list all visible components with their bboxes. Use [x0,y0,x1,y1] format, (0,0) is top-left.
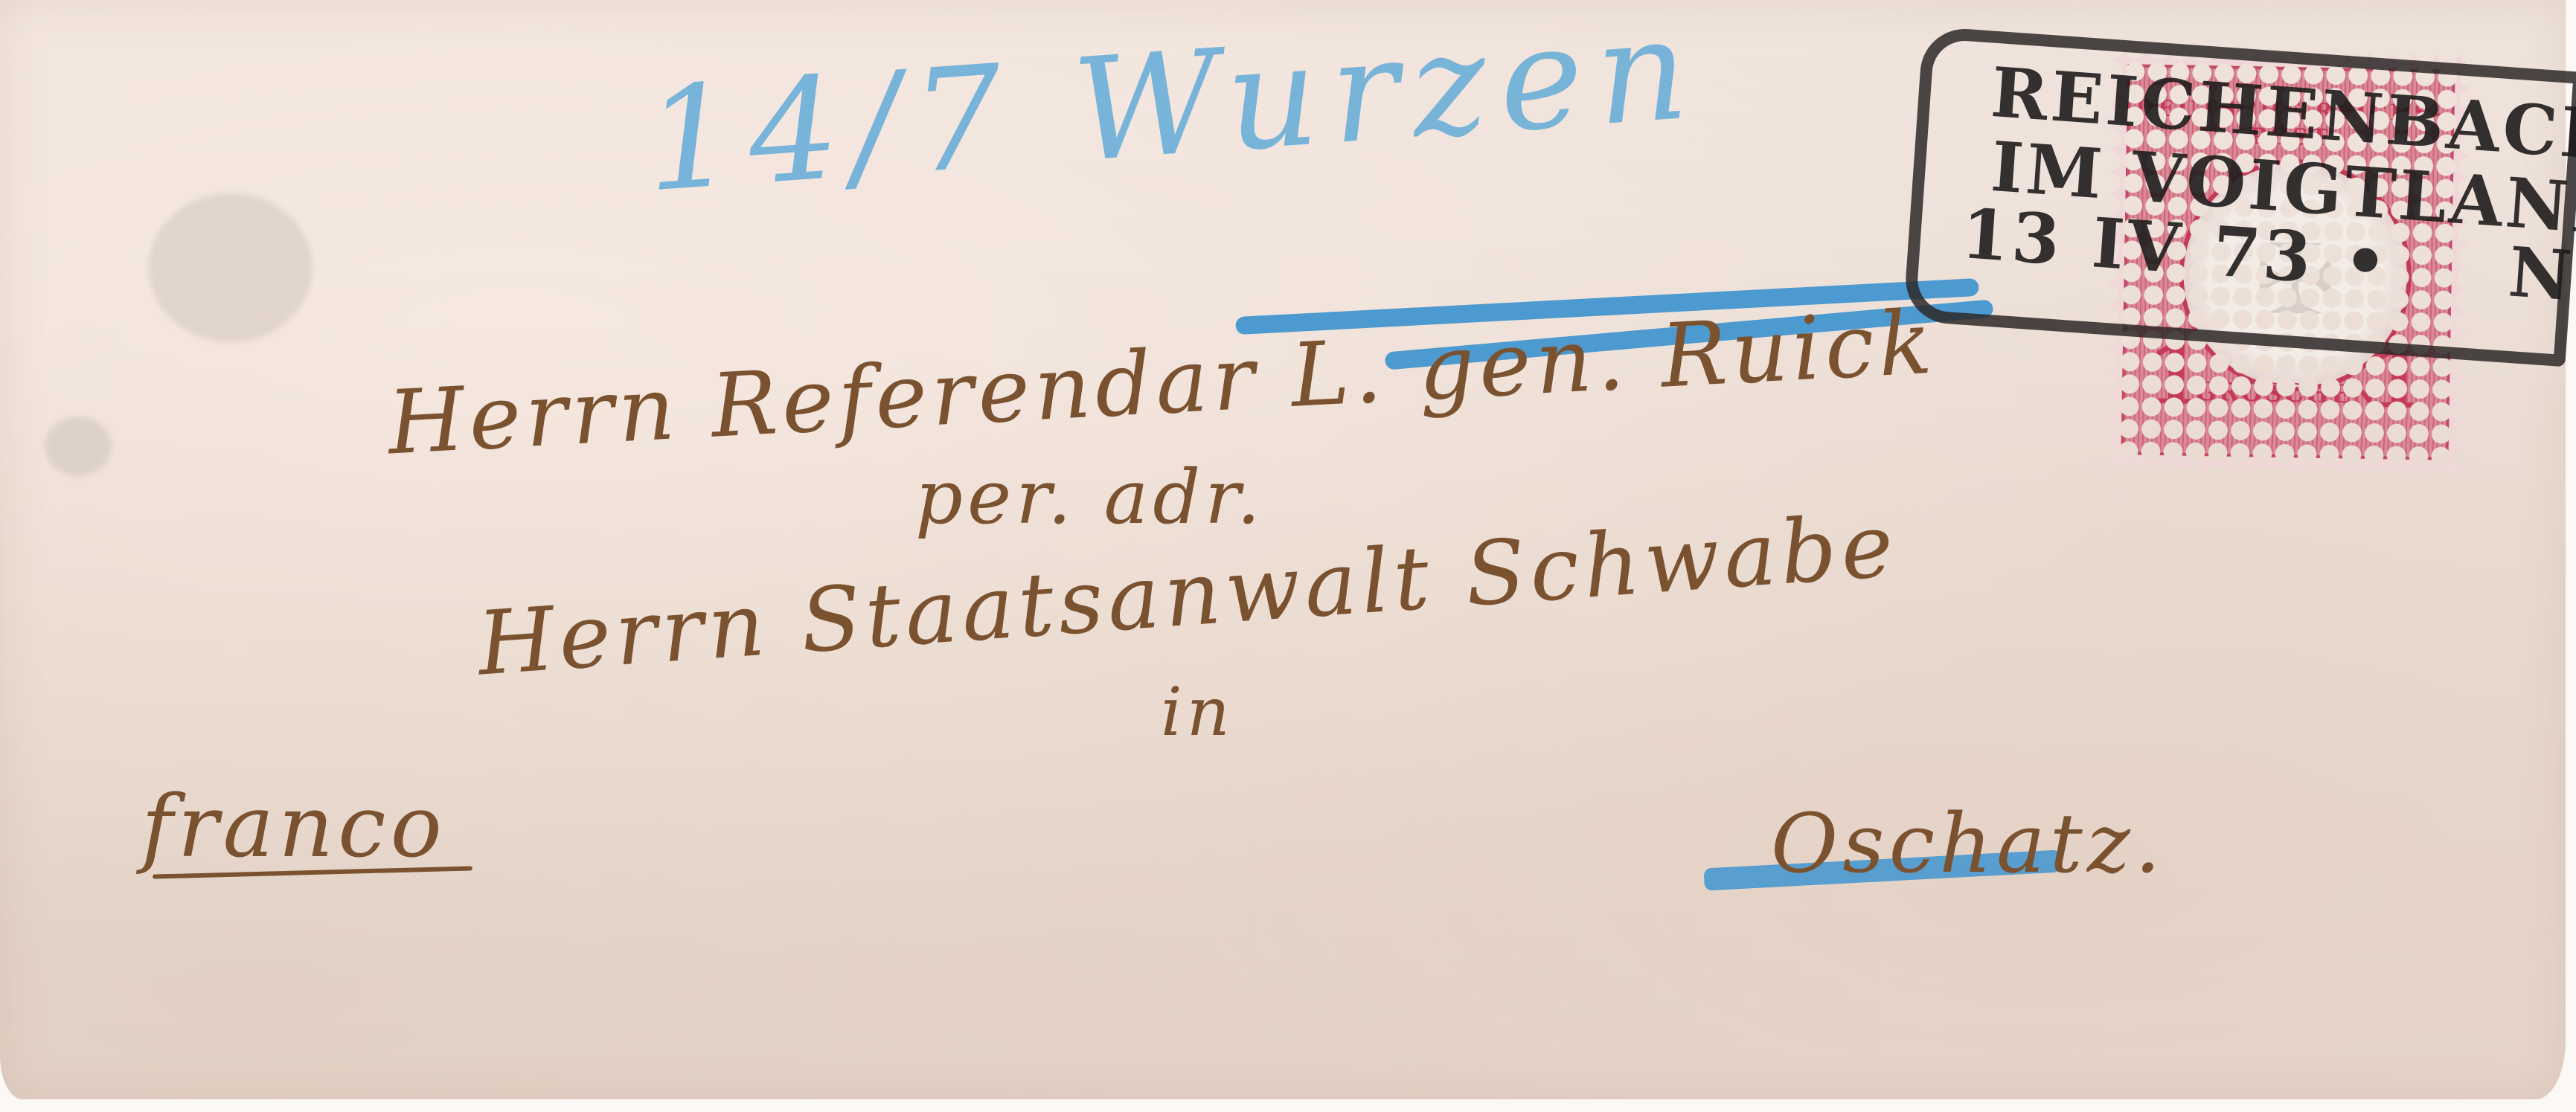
postmark-year: 73 [2210,211,2316,298]
postmark-month: IV [2089,202,2186,289]
address-city: Oschatz. [1771,796,2165,891]
postmark-day: 13 [1958,193,2065,280]
ink-smudge [45,417,112,476]
postmark-time: N [2506,231,2576,316]
address-line-in: in [1161,673,1234,751]
franco-note: franco [141,777,446,877]
address-line-care-of: per. adr. [915,454,1265,541]
ink-smudge [149,193,313,342]
postmark-dot: • [2341,220,2393,303]
